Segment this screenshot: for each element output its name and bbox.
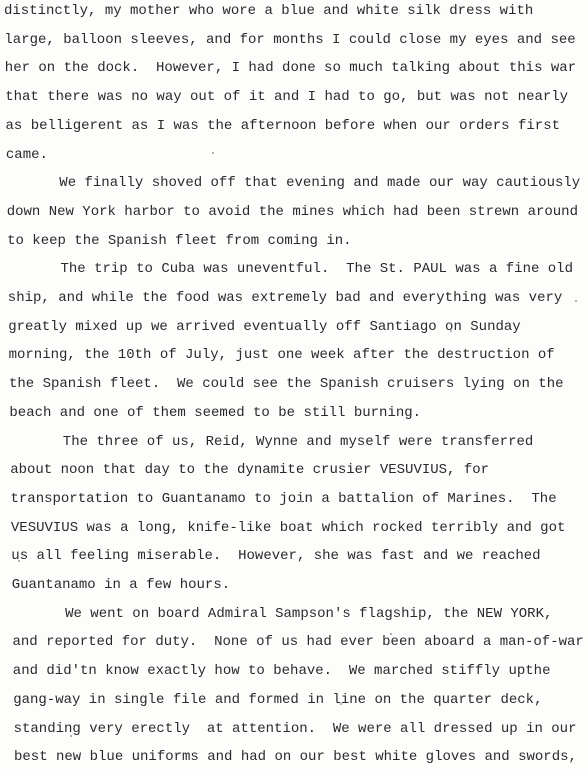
scan-speck — [340, 703, 342, 705]
text-line: the Spanish fleet. We could see the Span… — [9, 376, 564, 392]
text-line: came. — [6, 147, 48, 163]
text-line: gang-way in single file and formed in li… — [13, 692, 542, 708]
text-line: and reported for duty. None of us had ev… — [13, 634, 584, 650]
text-line: ship, and while the food was extremely b… — [8, 290, 563, 306]
text-line: and did'tn know exactly how to behave. W… — [13, 663, 551, 679]
scan-speck — [18, 560, 20, 562]
text-line: transportation to Guantanamo to join a b… — [11, 491, 557, 507]
text-line: that there was no way out of it and I ha… — [5, 89, 568, 105]
text-line: best new blue uniforms and had on our be… — [14, 749, 577, 765]
scan-speck — [153, 208, 155, 210]
text-line: VESUVIUS was a long, knife-like boat whi… — [11, 520, 566, 536]
text-line: down New York harbor to avoid the mines … — [7, 204, 578, 220]
text-line: The three of us, Reid, Wynne and myself … — [63, 434, 533, 450]
scan-speck — [70, 735, 72, 737]
text-line: us all feeling miserable. However, she w… — [11, 548, 540, 564]
text-line: her on the dock. However, I had done so … — [5, 60, 576, 76]
text-line: morning, the 10th of July, just one week… — [9, 347, 555, 363]
text-line: distinctly, my mother who wore a blue an… — [4, 3, 533, 19]
scan-speck — [300, 500, 302, 502]
text-line: to keep the Spanish fleet from coming in… — [7, 233, 351, 249]
scan-speck — [212, 152, 214, 154]
text-line: as belligerent as I was the afternoon be… — [6, 118, 561, 134]
scan-speck — [575, 300, 577, 302]
text-line: Guantanamo in a few hours. — [12, 577, 230, 593]
scan-speck — [390, 633, 392, 635]
text-line: large, balloon sleeves, and for months I… — [4, 32, 575, 48]
scan-speck — [450, 330, 452, 332]
text-line: standing very erectly at attention. We w… — [14, 721, 577, 737]
text-line: The trip to Cuba was uneventful. The St.… — [61, 261, 573, 277]
scan-speck — [62, 96, 64, 98]
text-line: beach and one of them seemed to be still… — [9, 405, 421, 421]
text-line: greatly mixed up we arrived eventually o… — [8, 319, 520, 335]
text-line: We went on board Admiral Sampson's flags… — [65, 606, 552, 622]
text-line: about noon that day to the dynamite crus… — [10, 462, 489, 478]
text-line: We finally shoved off that evening and m… — [59, 175, 580, 191]
typewritten-page: distinctly, my mother who wore a blue an… — [0, 0, 588, 770]
